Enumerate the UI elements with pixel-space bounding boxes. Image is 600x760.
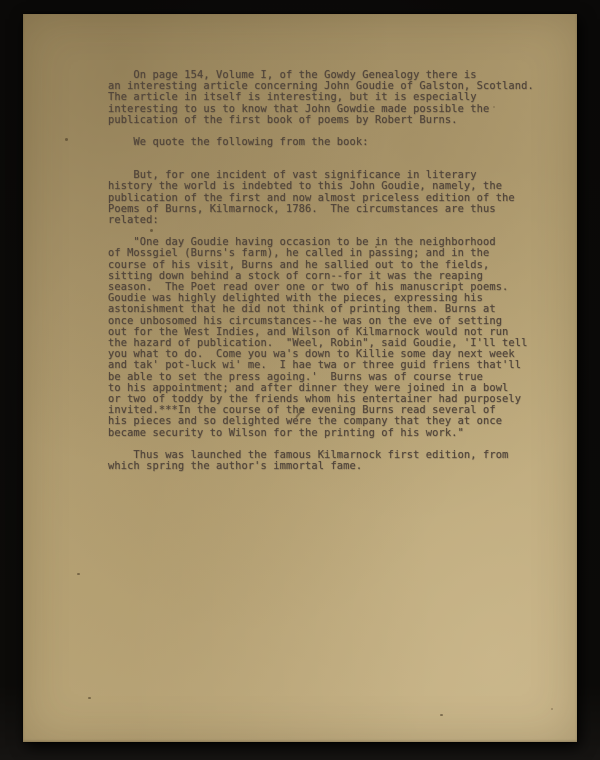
paper-speck bbox=[77, 573, 80, 575]
paper-speck bbox=[375, 246, 377, 248]
typed-text-block: On page 154, Volume I, of the Gowdy Gene… bbox=[108, 70, 551, 472]
paragraph-block-quote: "One day Goudie having occasion to be in… bbox=[108, 237, 551, 439]
paragraph-quote-lead-in: We quote the following from the book: bbox=[108, 137, 551, 148]
paper-speck bbox=[493, 106, 495, 108]
photo-background: On page 154, Volume I, of the Gowdy Gene… bbox=[0, 0, 600, 760]
paragraph-book-excerpt-intro: But, for one incident of vast significan… bbox=[108, 170, 551, 226]
paper-speck bbox=[440, 714, 443, 716]
paper-speck bbox=[551, 708, 553, 710]
paper-speck bbox=[323, 452, 325, 454]
paragraph-intro: On page 154, Volume I, of the Gowdy Gene… bbox=[108, 70, 551, 126]
document-page: On page 154, Volume I, of the Gowdy Gene… bbox=[23, 14, 577, 742]
paragraph-conclusion: Thus was launched the famous Kilmarnock … bbox=[108, 450, 551, 472]
paper-speck bbox=[65, 138, 68, 141]
paper-speck bbox=[150, 229, 153, 232]
paper-speck bbox=[88, 697, 91, 699]
